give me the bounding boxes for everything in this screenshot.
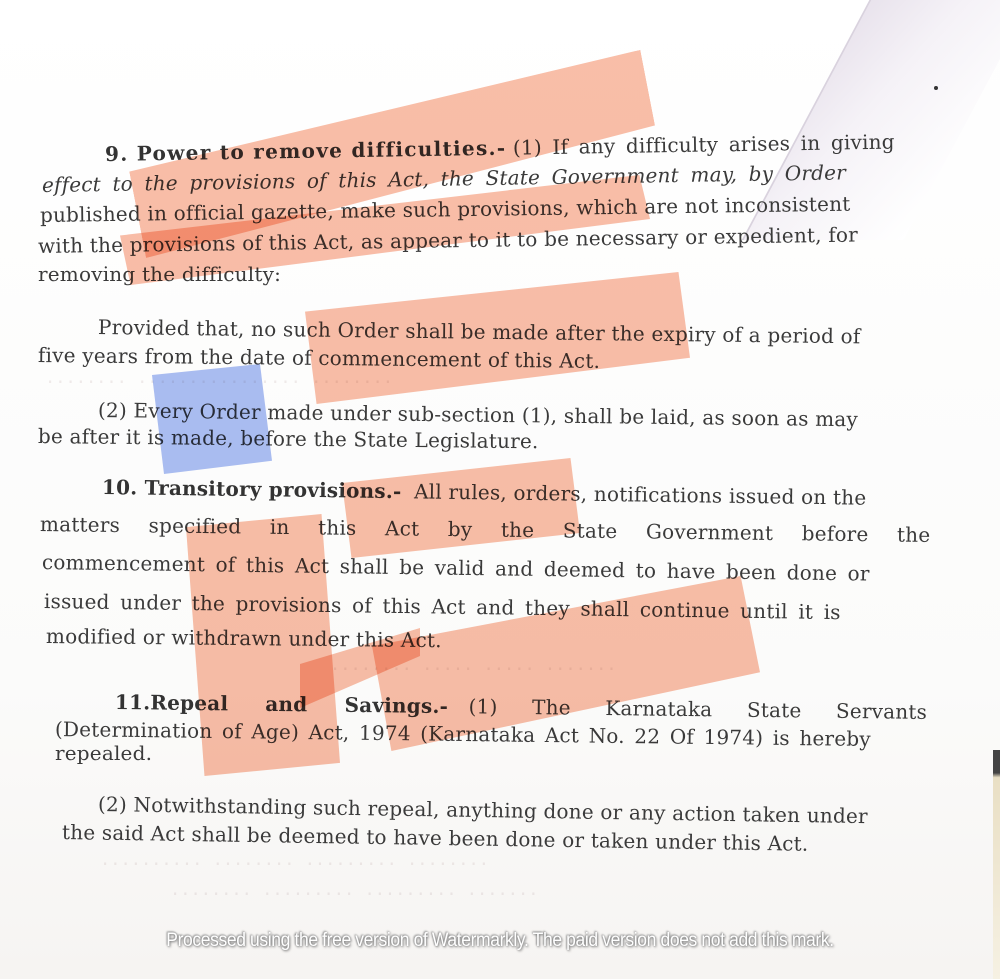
fold-mark — [934, 86, 938, 90]
page-edge — [993, 750, 1000, 979]
section-9-sub2-2: be after it is made, before the State Le… — [38, 424, 539, 453]
section-10-line-2: matters specified in this Act by the Sta… — [40, 512, 880, 546]
section-9-line-5: removing the difficulty: — [38, 262, 281, 286]
section-10-heading: 10. Transitory provisions.- — [102, 475, 402, 503]
section-10-line-4: issued under the provisions of this Act … — [44, 589, 841, 624]
section-9-line-3: published in official gazette, make such… — [40, 192, 851, 227]
highlight-orange-4 — [342, 458, 580, 558]
section-11-heading: 11.Repeal and Savings.- — [115, 690, 448, 718]
section-10-line-5: modified or withdrawn under this Act. — [46, 624, 442, 652]
document-page: ........ ................ ........ .....… — [0, 0, 1000, 979]
section-10-line-1: All rules, orders, notifications issued … — [414, 479, 867, 509]
section-9-line-4: with the provisions of this Act, as appe… — [38, 223, 858, 258]
section-11-line-3: repealed. — [55, 741, 152, 765]
section-9-proviso-1: Provided that, no such Order shall be ma… — [98, 315, 861, 348]
section-10-line-3: commencement of this Act shall be valid … — [42, 550, 870, 586]
watermark-text: Processed using the free version of Wate… — [40, 930, 960, 952]
section-11-line-2: (Determination of Age) Act, 1974 (Karnat… — [55, 717, 871, 751]
section-9-heading: 9. Power to remove difficulties.- — [105, 136, 507, 166]
section-9-line-2: effect to the provisions of this Act, th… — [42, 160, 846, 197]
section-11-line-1: (1) The Karnataka State Servants — [468, 694, 927, 724]
